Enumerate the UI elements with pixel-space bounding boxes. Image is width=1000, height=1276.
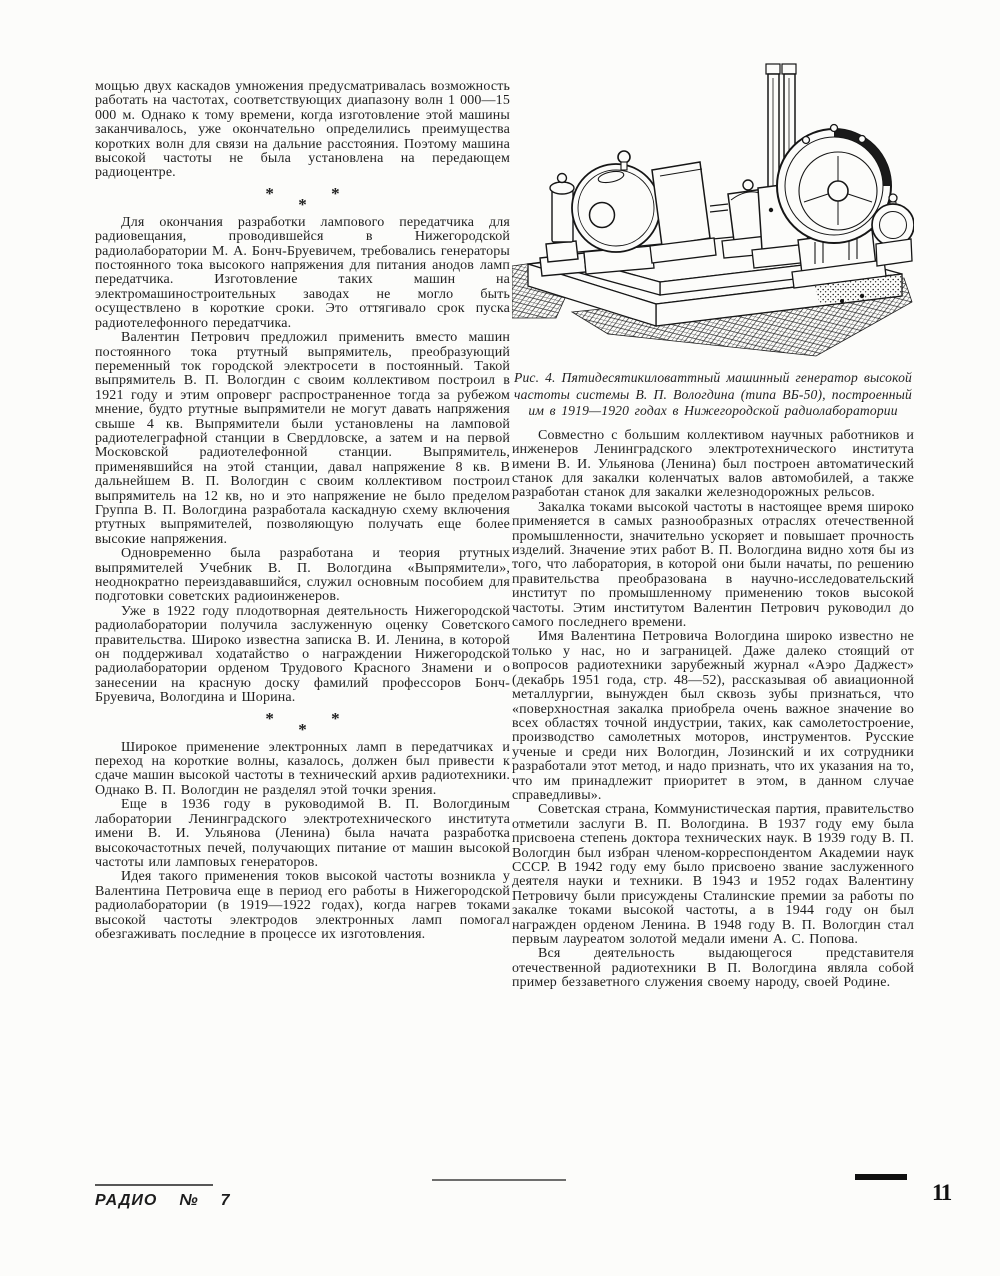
paragraph: Для окончания разработки лампового перед… — [95, 216, 510, 331]
right-column: Рис. 4. Пятидесятикиловаттный машинный г… — [512, 58, 914, 991]
paragraph: Широкое применение электронных ламп в пе… — [95, 741, 510, 799]
paragraph: Валентин Петрович предложил применить вм… — [95, 331, 510, 547]
footer-rule-center — [432, 1179, 566, 1181]
paragraph: Идея такого применения токов высокой час… — [95, 870, 510, 942]
paragraph: Вся деятельность выдающегося представите… — [512, 947, 914, 990]
paragraph: Еще в 1936 году в руководимой В. П. Воло… — [95, 798, 510, 870]
footer-rule-right — [855, 1174, 907, 1180]
paragraph: мощью двух каскадов умножения предусматр… — [95, 80, 510, 181]
footer-journal-line: РАДИО№7 — [95, 1192, 231, 1210]
left-column: мощью двух каскадов умножения предусматр… — [95, 80, 510, 942]
paragraph: Уже в 1922 году плодотворная деятельност… — [95, 605, 510, 706]
page-number: 11 — [932, 1180, 951, 1206]
figure-caption: Рис. 4. Пятидесятикиловаттный машинный г… — [514, 370, 912, 420]
motor-unit — [572, 151, 728, 274]
paragraph: Имя Валентина Петровича Вологдина широко… — [512, 630, 914, 803]
journal-title: РАДИО — [95, 1192, 157, 1209]
generator-engraving — [512, 58, 914, 360]
issue-number: 7 — [221, 1192, 231, 1209]
figure-generator-illustration — [512, 58, 914, 360]
magazine-page: мощью двух каскадов умножения предусматр… — [0, 0, 1000, 1276]
footer-rule-left — [95, 1184, 213, 1186]
paragraph: Совместно с большим коллективом научных … — [512, 429, 914, 501]
section-separator-icon: * * * — [95, 713, 510, 735]
section-separator-icon: * * * — [95, 188, 510, 210]
paragraph: Одновременно была разработана и теория р… — [95, 547, 510, 605]
paragraph: Закалка токами высокой частоты в настоящ… — [512, 501, 914, 631]
paragraph: Советская страна, Коммунистическая парти… — [512, 803, 914, 947]
issue-label: № — [179, 1192, 198, 1209]
